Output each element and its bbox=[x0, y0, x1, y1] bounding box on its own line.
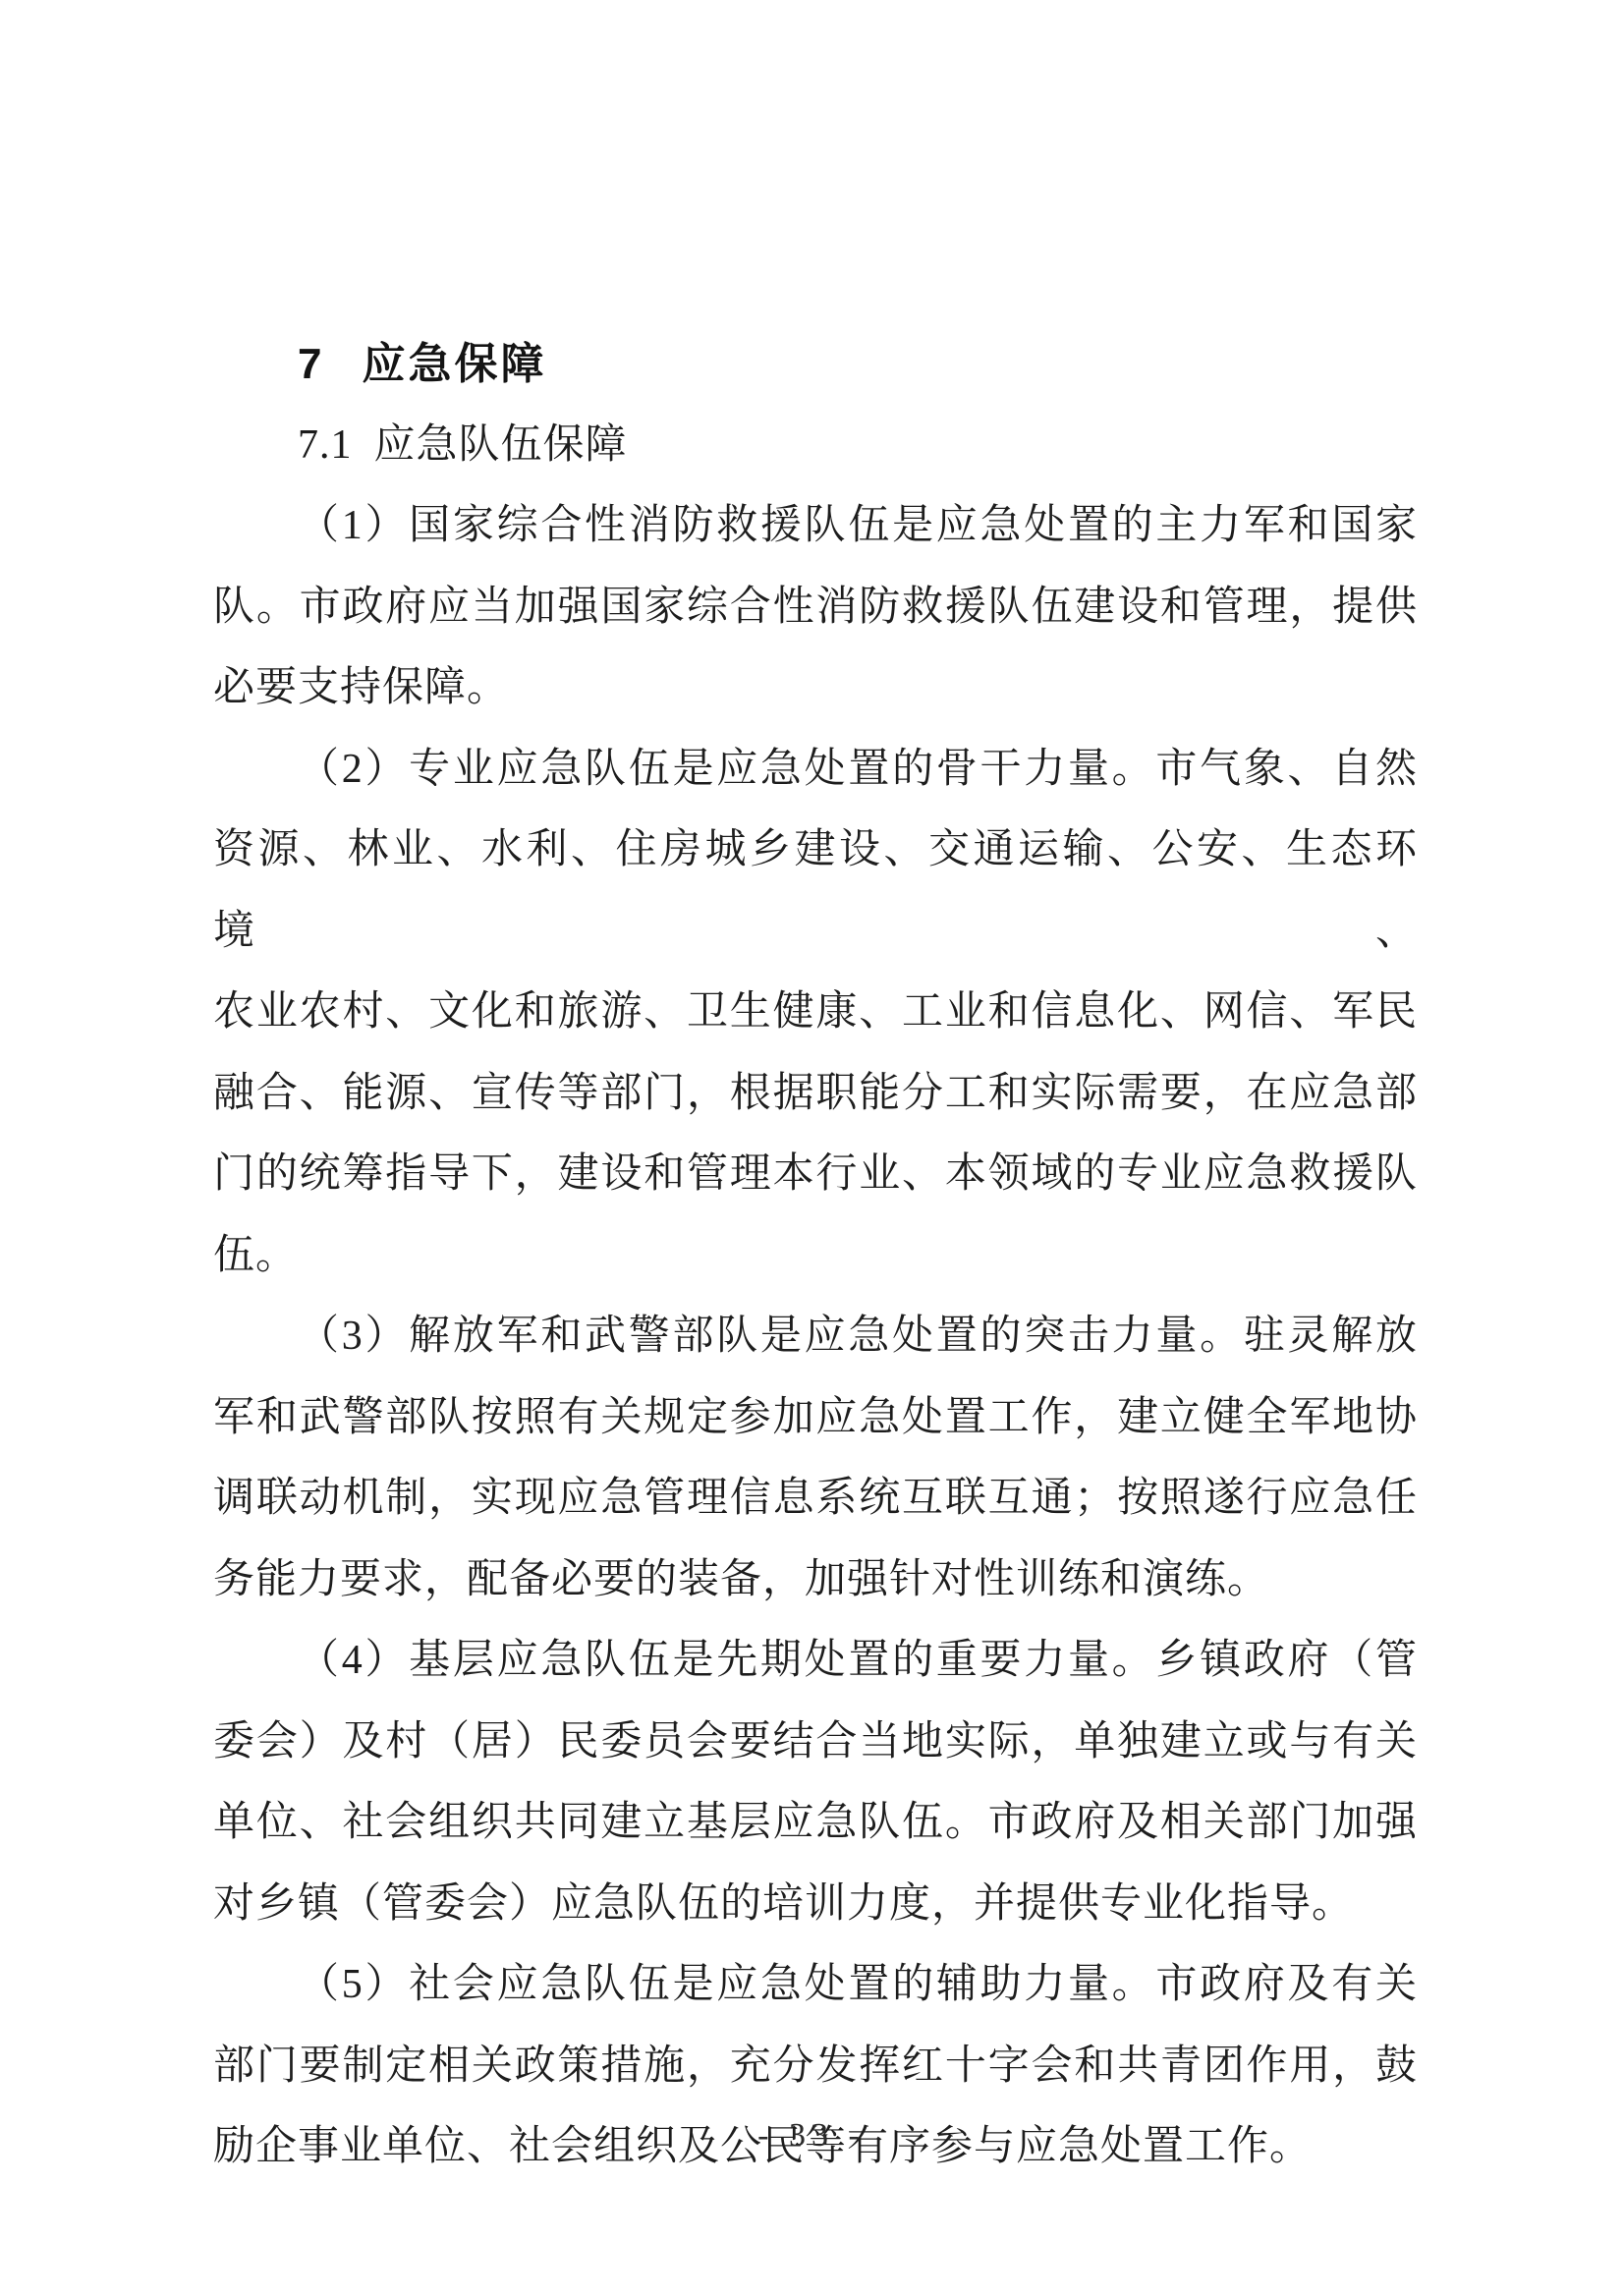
body-paragraphs: （1）国家综合性消防救援队伍是应急处置的主力军和国家队。市政府应当加强国家综合性… bbox=[213, 485, 1418, 2188]
paragraph-5-line-2: 部门要制定相关政策措施，充分发挥红十字会和共青团作用，鼓 bbox=[213, 2026, 1418, 2107]
paragraph-2-line-2: 资源、林业、水利、住房城乡建设、交通运输、公安、生态环境、 bbox=[213, 810, 1418, 972]
page-content: 7应急保障 7.1应急队伍保障 （1）国家综合性消防救援队伍是应急处置的主力军和… bbox=[213, 324, 1418, 2188]
paragraph-2-line-5: 门的统筹指导下，建设和管理本行业、本领域的专业应急救援队 bbox=[213, 1134, 1418, 1215]
paragraph-1-line-2: 队。市政府应当加强国家综合性消防救援队伍建设和管理，提供 bbox=[213, 567, 1418, 648]
paragraph-3-line-3: 调联动机制，实现应急管理信息系统互联互通；按照遂行应急任 bbox=[213, 1458, 1418, 1540]
paragraph-1-line-1: （1）国家综合性消防救援队伍是应急处置的主力军和国家 bbox=[213, 485, 1418, 567]
paragraph-4-line-2: 委会）及村（居）民委员会要结合当地实际，单独建立或与有关 bbox=[213, 1702, 1418, 1783]
paragraph-3-line-4: 务能力要求，配备必要的装备，加强针对性训练和演练。 bbox=[213, 1540, 1418, 1621]
paragraph-4: （4）基层应急队伍是先期处置的重要力量。乡镇政府（管委会）及村（居）民委员会要结… bbox=[213, 1620, 1418, 1944]
paragraph-2: （2）专业应急队伍是应急处置的骨干力量。市气象、自然资源、林业、水利、住房城乡建… bbox=[213, 729, 1418, 1297]
paragraph-2-line-1: （2）专业应急队伍是应急处置的骨干力量。市气象、自然 bbox=[213, 729, 1418, 811]
subsection-title: 应急队伍保障 bbox=[374, 422, 628, 468]
paragraph-4-line-1: （4）基层应急队伍是先期处置的重要力量。乡镇政府（管 bbox=[213, 1620, 1418, 1702]
paragraph-2-line-6: 伍。 bbox=[213, 1215, 1418, 1297]
paragraph-4-line-3: 单位、社会组织共同建立基层应急队伍。市政府及相关部门加强 bbox=[213, 1782, 1418, 1864]
paragraph-5-line-1: （5）社会应急队伍是应急处置的辅助力量。市政府及有关 bbox=[213, 1944, 1418, 2026]
paragraph-3: （3）解放军和武警部队是应急处置的突击力量。驻灵解放军和武警部队按照有关规定参加… bbox=[213, 1296, 1418, 1620]
section-title: 应急保障 bbox=[362, 340, 546, 388]
paragraph-1-line-3: 必要支持保障。 bbox=[213, 647, 1418, 729]
page-number: - 33 - bbox=[0, 2116, 1623, 2156]
paragraph-2-line-4: 融合、能源、宣传等部门，根据职能分工和实际需要，在应急部 bbox=[213, 1053, 1418, 1135]
paragraph-3-line-2: 军和武警部队按照有关规定参加应急处置工作，建立健全军地协 bbox=[213, 1377, 1418, 1459]
paragraph-1: （1）国家综合性消防救援队伍是应急处置的主力军和国家队。市政府应当加强国家综合性… bbox=[213, 485, 1418, 729]
paragraph-3-line-1: （3）解放军和武警部队是应急处置的突击力量。驻灵解放 bbox=[213, 1296, 1418, 1377]
document-page: 7应急保障 7.1应急队伍保障 （1）国家综合性消防救援队伍是应急处置的主力军和… bbox=[0, 0, 1623, 2296]
section-heading: 7应急保障 bbox=[213, 324, 1418, 405]
paragraph-4-line-4: 对乡镇（管委会）应急队伍的培训力度，并提供专业化指导。 bbox=[213, 1864, 1418, 1945]
subsection-number: 7.1 bbox=[298, 422, 353, 468]
subsection-heading: 7.1应急队伍保障 bbox=[213, 405, 1418, 485]
paragraph-2-line-3: 农业农村、文化和旅游、卫生健康、工业和信息化、网信、军民 bbox=[213, 972, 1418, 1053]
section-number: 7 bbox=[298, 340, 324, 388]
